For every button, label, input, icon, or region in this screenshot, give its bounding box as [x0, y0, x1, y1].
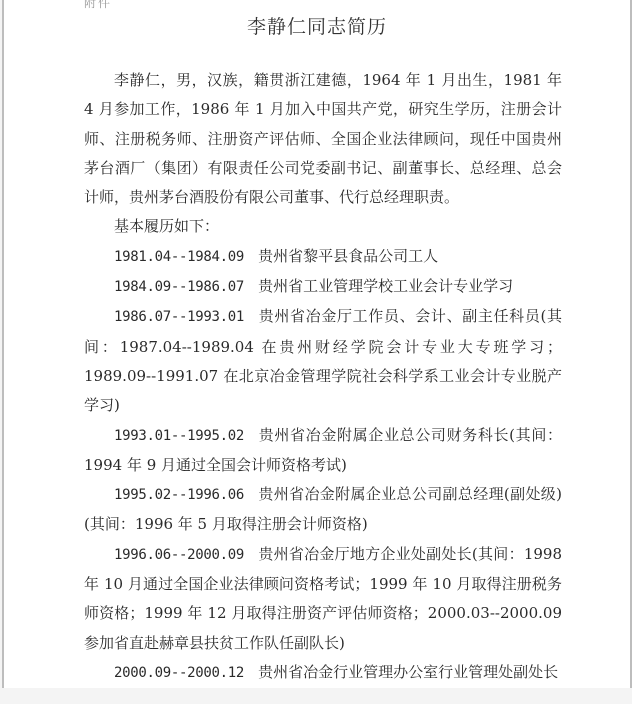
entry-description: 贵州省黎平县食品公司工人 [258, 247, 438, 265]
resume-heading: 基本履历如下： [84, 212, 562, 241]
entry-period: 1993.01--1995.02 [114, 428, 244, 444]
resume-entry: 1986.07--1993.01贵州省冶金厅工作员、会计、副主任科员(其间：19… [84, 302, 562, 420]
entry-period: 1996.06--2000.09 [114, 547, 244, 563]
resume-entry: 1996.06--2000.09贵州省冶金厅地方企业处副处长(其间：1998 年… [84, 540, 562, 658]
resume-entry: 1984.09--1986.07贵州省工业管理学校工业会计专业学习 [84, 272, 562, 302]
attachment-label: 附件 [84, 0, 112, 11]
resume-entries: 1981.04--1984.09贵州省黎平县食品公司工人1984.09--198… [84, 242, 562, 688]
resume-entry: 1995.02--1996.06贵州省冶金附属企业总公司副总经理(副处级)(其间… [84, 480, 562, 540]
entry-period: 1995.02--1996.06 [114, 487, 244, 503]
entry-period: 2000.09--2000.12 [114, 665, 244, 681]
intro-paragraph: 李静仁，男，汉族，籍贯浙江建德，1964 年 1 月出生，1981 年 4 月参… [84, 66, 562, 212]
entry-description: 贵州省工业管理学校工业会计专业学习 [258, 277, 513, 295]
document-title: 李静仁同志简历 [4, 12, 630, 39]
entry-period: 1981.04--1984.09 [114, 249, 244, 265]
entry-description: 贵州省冶金行业管理办公室行业管理处副处长 [258, 663, 558, 681]
document-body: 李静仁，男，汉族，籍贯浙江建德，1964 年 1 月出生，1981 年 4 月参… [84, 66, 562, 688]
entry-period: 1986.07--1993.01 [114, 309, 244, 325]
resume-entry: 2000.09--2000.12贵州省冶金行业管理办公室行业管理处副处长 [84, 658, 562, 688]
entry-period: 1984.09--1986.07 [114, 279, 244, 295]
document-page: 附件 李静仁同志简历 李静仁，男，汉族，籍贯浙江建德，1964 年 1 月出生，… [2, 0, 632, 688]
resume-entry: 1981.04--1984.09贵州省黎平县食品公司工人 [84, 242, 562, 272]
resume-entry: 1993.01--1995.02贵州省冶金附属企业总公司财务科长(其间：1994… [84, 421, 562, 481]
